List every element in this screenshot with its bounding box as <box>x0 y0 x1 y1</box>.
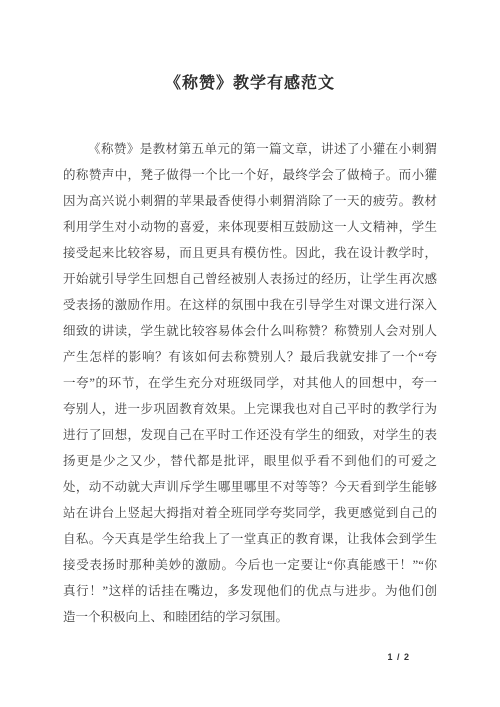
paragraph-line: 接受起来比较容易，而且更具有模仿性。因此，我在设计教学时， <box>63 240 437 266</box>
paragraph-line: 站在讲台上竖起大拇指对着全班同学夸奖同学，我更感觉到自己的 <box>63 500 437 526</box>
paragraph-line: 自私。今天真是学生给我上了一堂真正的教育课，让我体会到学生 <box>63 526 437 552</box>
paragraph-line: 开始就引导学生回想自己曾经被别人表扬过的经历，让学生再次感 <box>63 266 437 292</box>
paragraph-line: 真行！”这样的话挂在嘴边，多发现他们的优点与进步。为他们创 <box>63 578 437 604</box>
paragraph-line: 细致的讲读，学生就比较容易体会什么叫称赞？称赞别人会对别人 <box>63 318 437 344</box>
paragraph-line: 处，动不动就大声训斥学生哪里哪里不对等等？今天看到学生能够 <box>63 474 437 500</box>
paragraph-line: 利用学生对小动物的喜爱，来体现要相互鼓励这一人文精神，学生 <box>63 214 437 240</box>
paragraph-line: 夸别人，进一步巩固教育效果。上完课我也对自己平时的教学行为 <box>63 396 437 422</box>
page-title: 《称赞》教学有感范文 <box>0 70 500 93</box>
paragraph-line: 造一个积极向上、和睦团结的学习氛围。 <box>63 604 437 630</box>
paragraph-line: 扬更是少之又少，替代都是批评，眼里似乎看不到他们的可爱之 <box>63 448 437 474</box>
paragraph-line: 产生怎样的影响？有该如何去称赞别人？最后我就安排了一个“夸 <box>63 344 437 370</box>
paragraph-line: 进行了回想，发现自己在平时工作还没有学生的细致，对学生的表 <box>63 422 437 448</box>
paragraph-line: 《称赞》是教材第五单元的第一篇文章，讲述了小獾在小刺猬 <box>63 136 437 162</box>
paragraph-line: 因为高兴说小刺猬的苹果最香使得小刺猬消除了一天的疲劳。教材 <box>63 188 437 214</box>
page-number-indicator: 1 / 2 <box>387 652 410 662</box>
paragraph-line: 受表扬的激励作用。在这样的氛围中我在引导学生对课文进行深入 <box>63 292 437 318</box>
paragraph: 《称赞》是教材第五单元的第一篇文章，讲述了小獾在小刺猬的称赞声中，凳子做得一个比… <box>63 136 437 630</box>
paragraph-line: 接受表扬时那种美妙的激励。今后也一定要让“你真能感干！”“你 <box>63 552 437 578</box>
paragraph-line: 一夸”的环节，在学生充分对班级同学，对其他人的回想中，夸一 <box>63 370 437 396</box>
paragraph-line: 的称赞声中，凳子做得一个比一个好，最终学会了做椅子。而小獾 <box>63 162 437 188</box>
document-page: 《称赞》教学有感范文 《称赞》是教材第五单元的第一篇文章，讲述了小獾在小刺猬的称… <box>0 0 500 707</box>
